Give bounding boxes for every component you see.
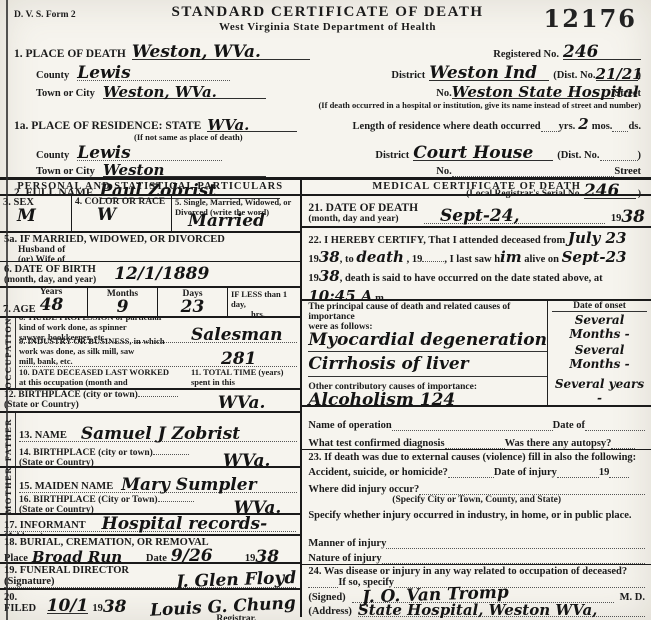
- filed-date-value: 10/1: [47, 598, 89, 615]
- manner-of-injury-label: Manner of injury: [308, 538, 386, 549]
- certify-p3: , to: [340, 254, 354, 265]
- md-label: M. D.: [620, 592, 645, 603]
- res-dist-no-close: ): [638, 150, 642, 161]
- father-name-row: 13. NAME Samuel J Zobrist: [19, 414, 297, 442]
- certify-p9: m.: [375, 293, 386, 301]
- pod-district-value: Weston Ind: [429, 65, 537, 82]
- registered-no-label: Registered No.: [493, 49, 559, 60]
- total-time-label-1: 11. TOTAL TIME (years): [191, 367, 297, 377]
- informant-label: 17. INFORMANT: [4, 520, 86, 531]
- age-days-value: 23: [161, 299, 224, 316]
- left-margin-rule: [6, 0, 8, 620]
- burial-label: 18. BURIAL, CREMATION, OR REMOVAL: [4, 537, 296, 548]
- mother-name-row: 15. MAIDEN NAME Mary Sumpler: [19, 469, 297, 493]
- pod-county-value: Lewis: [77, 65, 130, 82]
- residence-yrs-label: yrs.: [559, 121, 576, 132]
- industry-label-3: mill, bank, etc.: [19, 356, 191, 366]
- pod-county-label: County: [36, 70, 69, 81]
- father-name-value: Samuel J Zobrist: [81, 426, 240, 443]
- dob-value: 12/1/1889: [114, 266, 209, 283]
- nature-of-injury-label: Nature of injury: [308, 553, 381, 564]
- res-county-value: Lewis: [77, 145, 130, 162]
- personal-column-title: PERSONAL AND STATISTICAL PARTICULARS: [0, 180, 300, 196]
- father-block: FATHER 13. NAME Samuel J Zobrist 14. BIR…: [0, 413, 300, 468]
- father-bp-value: WVa.: [223, 453, 271, 466]
- hrs-label: hrs.: [251, 309, 265, 316]
- causes-section: The principal cause of death and related…: [302, 301, 651, 407]
- pod-dist-no-value: 21/21: [596, 67, 643, 82]
- filed-year-prefix: 19: [92, 603, 103, 614]
- burial-date-label: Date: [146, 553, 167, 564]
- occupation-block: OCCUPATION 8. TRADE PROFESSION or partic…: [0, 318, 300, 389]
- manner-of-injury-row: Manner of injury: [302, 533, 651, 549]
- pod-dist-no-label: (Dist. No.: [553, 70, 595, 81]
- dob-section: 6. DATE OF BIRTH (month, day, and year) …: [0, 262, 300, 288]
- certify-p2: 19: [308, 254, 319, 265]
- sex-value: M: [3, 208, 68, 225]
- certify-from-year: 38: [319, 248, 340, 266]
- res-dist-no-label: (Dist. No.: [557, 150, 599, 161]
- mother-name-value: Mary Sumpler: [121, 477, 256, 494]
- pod-street-label: Street: [614, 88, 641, 99]
- operation-date-label: Date of: [553, 420, 585, 431]
- onset-2-value: Several Months -: [552, 344, 647, 378]
- res-district-value: Court House: [413, 145, 533, 162]
- husband-of-label: Husband of: [4, 245, 296, 255]
- father-bp-label: 14. BIRTHPLACE (city or town): [19, 448, 153, 458]
- physician-address-row: (Address) State Hospital, Weston WVa,: [302, 603, 651, 617]
- residence-length-label: Length of residence where death occurred: [353, 121, 541, 132]
- dob-sub-label: (month, day, and year): [4, 275, 96, 285]
- dob-label: 6. DATE OF BIRTH: [4, 264, 96, 275]
- signed-label: (Signed): [308, 592, 345, 603]
- pod-town-value: Weston, WVa.: [103, 85, 217, 100]
- last-worked-label-1: 10. DATE DECEASED LAST WORKED: [19, 367, 191, 377]
- onset-1-value: Several Months -: [552, 312, 647, 344]
- date-of-onset-label: Date of onset: [552, 301, 647, 312]
- dod-year-prefix: 19: [611, 213, 622, 224]
- nature-of-injury-row: Nature of injury: [302, 549, 651, 565]
- injury-date-label: Date of injury: [494, 467, 557, 478]
- place-of-death-label: 1. PLACE OF DEATH: [14, 48, 126, 60]
- funeral-director-signature: J. Glen Floyd: [176, 570, 297, 590]
- occupation-side-label: OCCUPATION: [3, 318, 13, 389]
- res-town-value: Weston: [103, 163, 164, 178]
- mother-block: MOTHER 15. MAIDEN NAME Mary Sumpler 16. …: [0, 468, 300, 515]
- father-name-label: 13. NAME: [19, 430, 67, 441]
- mother-name-label: 15. MAIDEN NAME: [19, 481, 113, 492]
- certify-time-value: 10:45 A: [308, 287, 372, 301]
- res-town-row: Town or City Weston No. Street: [14, 161, 641, 177]
- place-of-death-row: 1. PLACE OF DEATH Weston, WVa. Registere…: [14, 40, 641, 60]
- burial-year-value: 38: [255, 549, 279, 564]
- cause-row-2: Cirrhosis of liver: [308, 352, 547, 377]
- marital-value: Married: [188, 213, 265, 230]
- operation-label: Name of operation: [308, 420, 391, 431]
- autopsy-label: Was there any autopsy?: [505, 438, 612, 449]
- burial-year-prefix: 19: [245, 553, 256, 564]
- filed-year-value: 38: [103, 599, 127, 616]
- certify-attended-from: July 23: [568, 229, 627, 247]
- birthplace-section: 12. BIRTHPLACE (city or town) (State or …: [0, 390, 300, 414]
- filed-section: 20. FILED 10/1 19 38 Louis G. Chung Regi…: [0, 590, 300, 617]
- funeral-director-section: 19. FUNERAL DIRECTOR (Signature) J. Glen…: [0, 564, 300, 590]
- burial-section: 18. BURIAL, CREMATION, OR REMOVAL Place …: [0, 536, 300, 564]
- cause-1-value: Myocardial degeneration: [308, 330, 547, 350]
- industry-value: 281: [221, 351, 257, 368]
- certify-last-seen-year: 38: [319, 267, 340, 285]
- age-months-value: 9: [91, 299, 154, 316]
- dod-year-value: 38: [621, 209, 645, 226]
- residence-ds-label: ds.: [628, 121, 641, 132]
- certificate-stamp-number: 12176: [544, 4, 638, 33]
- certify-him: im: [500, 248, 522, 266]
- certificate-header: D. V. S. Form 2 STANDARD CERTIFICATE OF …: [0, 0, 651, 180]
- contributory-onset-value: Several years -: [552, 378, 647, 406]
- certify-p8: , death is said to have occurred on the …: [340, 273, 603, 284]
- medical-column: MEDICAL CERTIFICATE OF DEATH 21. DATE OF…: [302, 180, 651, 617]
- res-street-label: Street: [614, 166, 641, 177]
- residence-subnote-row: (If not same as place of death): [14, 132, 641, 142]
- race-label: 4. COLOR OR RACE: [75, 197, 168, 207]
- burial-date-value: 9/26: [171, 548, 213, 564]
- dod-value: Sept-24,: [440, 208, 519, 225]
- res-town-label: Town or City: [36, 166, 95, 177]
- test-autopsy-row: What test confirmed diagnosis Was there …: [302, 431, 651, 451]
- certify-p6: alive on: [524, 254, 559, 265]
- industry-label-1: 9. INDUSTRY OR BUSINESS, in which: [19, 336, 191, 346]
- dod-label: 21. DATE OF DEATH: [308, 202, 418, 214]
- principal-cause-label-1: The principal cause of death and related…: [308, 302, 547, 322]
- residence-row: 1a. PLACE OF RESIDENCE: STATE WVa. Lengt…: [14, 110, 641, 132]
- informant-value: Hospital records-: [102, 516, 268, 533]
- pod-dist-no-close: ): [638, 70, 642, 81]
- birthplace-value: WVa.: [218, 395, 266, 412]
- father-side-label: FATHER: [3, 418, 13, 461]
- pod-hospital-note: (If death occurred in a hospital or inst…: [318, 100, 641, 110]
- trade-label-2: kind of work done, as spinner: [19, 322, 191, 332]
- last-worked-total-time-row: 10. DATE DECEASED LAST WORKED at this oc…: [19, 367, 297, 387]
- certify-p1: 22. I HEREBY CERTIFY, That I attended de…: [308, 235, 565, 246]
- death-certificate-document: D. V. S. Form 2 STANDARD CERTIFICATE OF …: [0, 0, 651, 620]
- where-injury-label: Where did injury occur?: [308, 484, 419, 495]
- personal-column: PERSONAL AND STATISTICAL PARTICULARS 3. …: [0, 180, 302, 617]
- signed-row: (Signed) J. O. Van Tromp M. D.: [302, 587, 651, 603]
- sex-race-marital-row: 3. SEX M 4. COLOR OR RACE W 5. Single, M…: [0, 196, 300, 233]
- mother-birthplace-row: 16. BIRTHPLACE (City or Town) (State or …: [19, 493, 297, 513]
- industry-label-2: work was done, as silk mill, saw: [19, 346, 191, 356]
- trade-value: Salesman: [191, 327, 283, 344]
- residence-mos-label: mos.: [592, 121, 613, 132]
- external-causes-section: 23. If death was due to external causes …: [302, 450, 651, 533]
- certify-last-seen-date: Sept-23: [562, 248, 627, 266]
- contributory-row: Alcoholism 124: [308, 392, 547, 405]
- mother-bp-sub-label: (State or Country): [19, 505, 194, 513]
- if-married-label: 5a. IF MARRIED, WIDOWED, OR DIVORCED: [4, 234, 296, 245]
- father-birthplace-row: 14. BIRTHPLACE (city or town) (State or …: [19, 442, 297, 466]
- certify-p4: , 19: [407, 254, 423, 265]
- occupation-related-label: 24. Was disease or injury in any way rel…: [308, 566, 645, 577]
- age-years-value: 48: [40, 295, 64, 315]
- mother-bp-value: WVa.: [234, 500, 282, 513]
- father-bp-sub-label: (State or Country): [19, 458, 189, 466]
- total-time-label-2: spent in this: [191, 377, 297, 387]
- residence-subnote: (If not same as place of death): [134, 132, 243, 142]
- medical-column-title: MEDICAL CERTIFICATE OF DEATH: [302, 180, 651, 196]
- pod-institution-value: Weston State Hospital: [452, 85, 639, 100]
- cause-row-1: Myocardial degeneration: [308, 332, 547, 352]
- res-county-district-row: County Lewis District Court House (Dist.…: [14, 142, 641, 161]
- injury-year-prefix: 19: [599, 467, 610, 478]
- birthplace-sub-label: (State or Country): [4, 400, 178, 410]
- certify-p5: , I last saw h: [444, 254, 500, 265]
- accident-label: Accident, suicide, or homicide?: [308, 467, 448, 478]
- test-label: What test confirmed diagnosis: [308, 438, 444, 449]
- birthplace-label: 12. BIRTHPLACE (city or town): [4, 390, 138, 400]
- age-row: 7. AGE Years 48 Months 9 Days 23 IF LESS…: [0, 288, 300, 318]
- if-married-section: 5a. IF MARRIED, WIDOWED, OR DIVORCED Hus…: [0, 233, 300, 263]
- residence-label: 1a. PLACE OF RESIDENCE: STATE: [14, 120, 201, 132]
- pod-no-label: No.: [436, 88, 451, 99]
- certify-to-value: death: [356, 248, 404, 266]
- certification-section: 22. I HEREBY CERTIFY, That I attended de…: [302, 228, 651, 301]
- where-injury-sub-label: (Specify City or Town, County, and State…: [308, 495, 645, 505]
- pod-town-label: Town or City: [36, 88, 95, 99]
- cause-2-value: Cirrhosis of liver: [308, 354, 468, 374]
- external-causes-label: 23. If death was due to external causes …: [308, 452, 645, 463]
- mother-bp-label: 16. BIRTHPLACE (City or Town): [19, 495, 158, 505]
- res-district-label: District: [375, 150, 409, 161]
- pod-county-district-row: County Lewis District Weston Ind (Dist. …: [14, 61, 641, 81]
- date-of-onset-column: Date of onset Several Months - Several M…: [547, 301, 651, 405]
- res-county-label: County: [36, 150, 69, 161]
- pod-district-label: District: [391, 70, 425, 81]
- contributory-value: Alcoholism 124: [308, 390, 455, 405]
- wife-of-label: (or) Wife of: [4, 255, 296, 263]
- burial-place-value: Broad Run: [32, 550, 122, 564]
- pod-town-row: Town or City Weston, WVa. No. Weston Sta…: [14, 82, 641, 99]
- certificate-body: PERSONAL AND STATISTICAL PARTICULARS 3. …: [0, 180, 651, 617]
- informant-section: 17. INFORMANT Hospital records- (Address…: [0, 515, 300, 537]
- date-of-death-section: 21. DATE OF DEATH (month, day and year) …: [302, 196, 651, 228]
- residence-state-value: WVa.: [207, 118, 249, 133]
- operation-row: Name of operation Date of: [302, 407, 651, 431]
- if-less-label: IF LESS than 1 day,: [231, 289, 297, 309]
- form-number: D. V. S. Form 2: [14, 10, 76, 20]
- certify-p7: 19: [308, 273, 319, 284]
- specify-injury-label: Specify whether injury occurred in indus…: [308, 510, 645, 521]
- race-value: W: [75, 207, 168, 224]
- dod-sub-label: (month, day and year): [308, 214, 418, 224]
- last-worked-label-2: at this occupation (month and: [19, 377, 191, 387]
- residence-months-value: 2: [578, 117, 588, 132]
- physician-address-label: (Address): [308, 606, 352, 617]
- registered-no-value: 246: [563, 44, 599, 61]
- mother-side-label: MOTHER: [3, 468, 13, 514]
- industry-row: 9. INDUSTRY OR BUSINESS, in which work w…: [19, 343, 297, 367]
- place-of-death-value: Weston, WVa.: [132, 44, 261, 61]
- res-no-label: No.: [436, 166, 451, 177]
- funeral-director-label: 19. FUNERAL DIRECTOR (Signature): [4, 565, 166, 587]
- filed-label: 20. FILED: [4, 592, 43, 614]
